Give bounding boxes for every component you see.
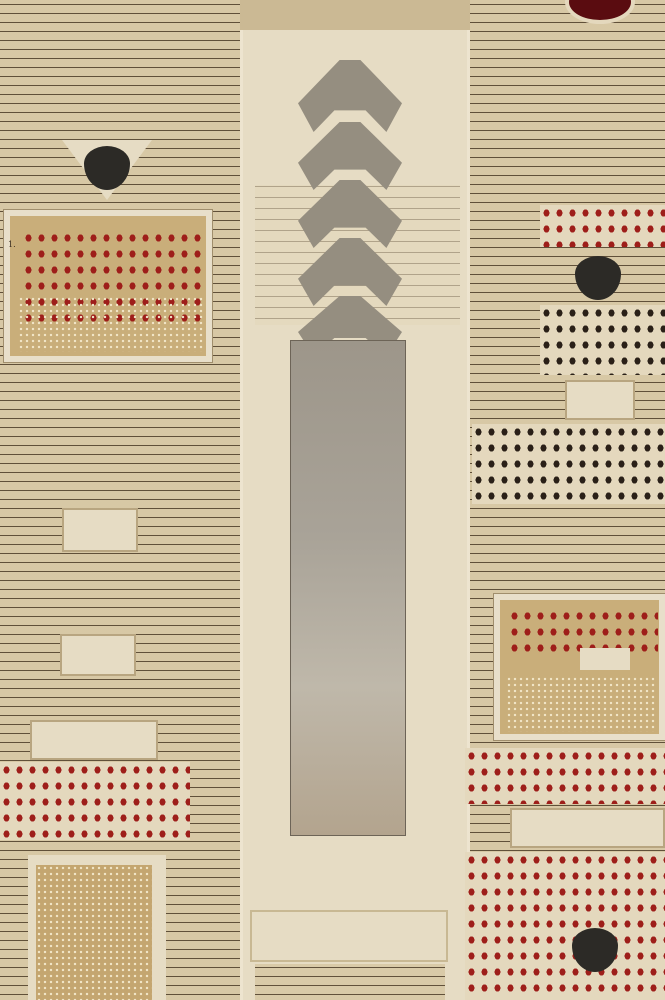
embossed-relief-1	[62, 508, 138, 552]
embossed-inset	[580, 648, 630, 670]
vertebra	[298, 180, 402, 248]
embossed-relief-2	[60, 634, 136, 676]
dark-glyph-block-1	[540, 305, 665, 375]
perforations	[506, 676, 656, 732]
card-number: 1.	[8, 240, 16, 249]
bottom-embossed-relief	[250, 910, 448, 962]
bottom-left-perforated-card	[36, 865, 152, 1000]
vertebra	[298, 122, 402, 190]
embossed-relief-4	[565, 380, 635, 420]
right-red-glyph-card	[494, 594, 665, 740]
perforations	[18, 296, 204, 352]
embossed-relief-3	[30, 720, 158, 760]
vertebra	[298, 238, 402, 306]
right-red-glyph-strip-mid	[465, 748, 665, 804]
left-red-glyph-strip	[0, 762, 190, 840]
embossed-relief-5	[510, 808, 665, 848]
right-red-glyph-strip-top	[540, 205, 665, 247]
vertebra	[298, 60, 402, 132]
left-red-glyph-card: 1.	[4, 210, 212, 362]
dark-glyph-block-2	[472, 424, 665, 504]
central-metal-plate	[290, 340, 406, 836]
bottom-center-handwriting	[255, 964, 445, 1000]
central-vertebrae-stencil	[290, 40, 410, 340]
right-red-glyph-block-bottom	[465, 852, 665, 1000]
